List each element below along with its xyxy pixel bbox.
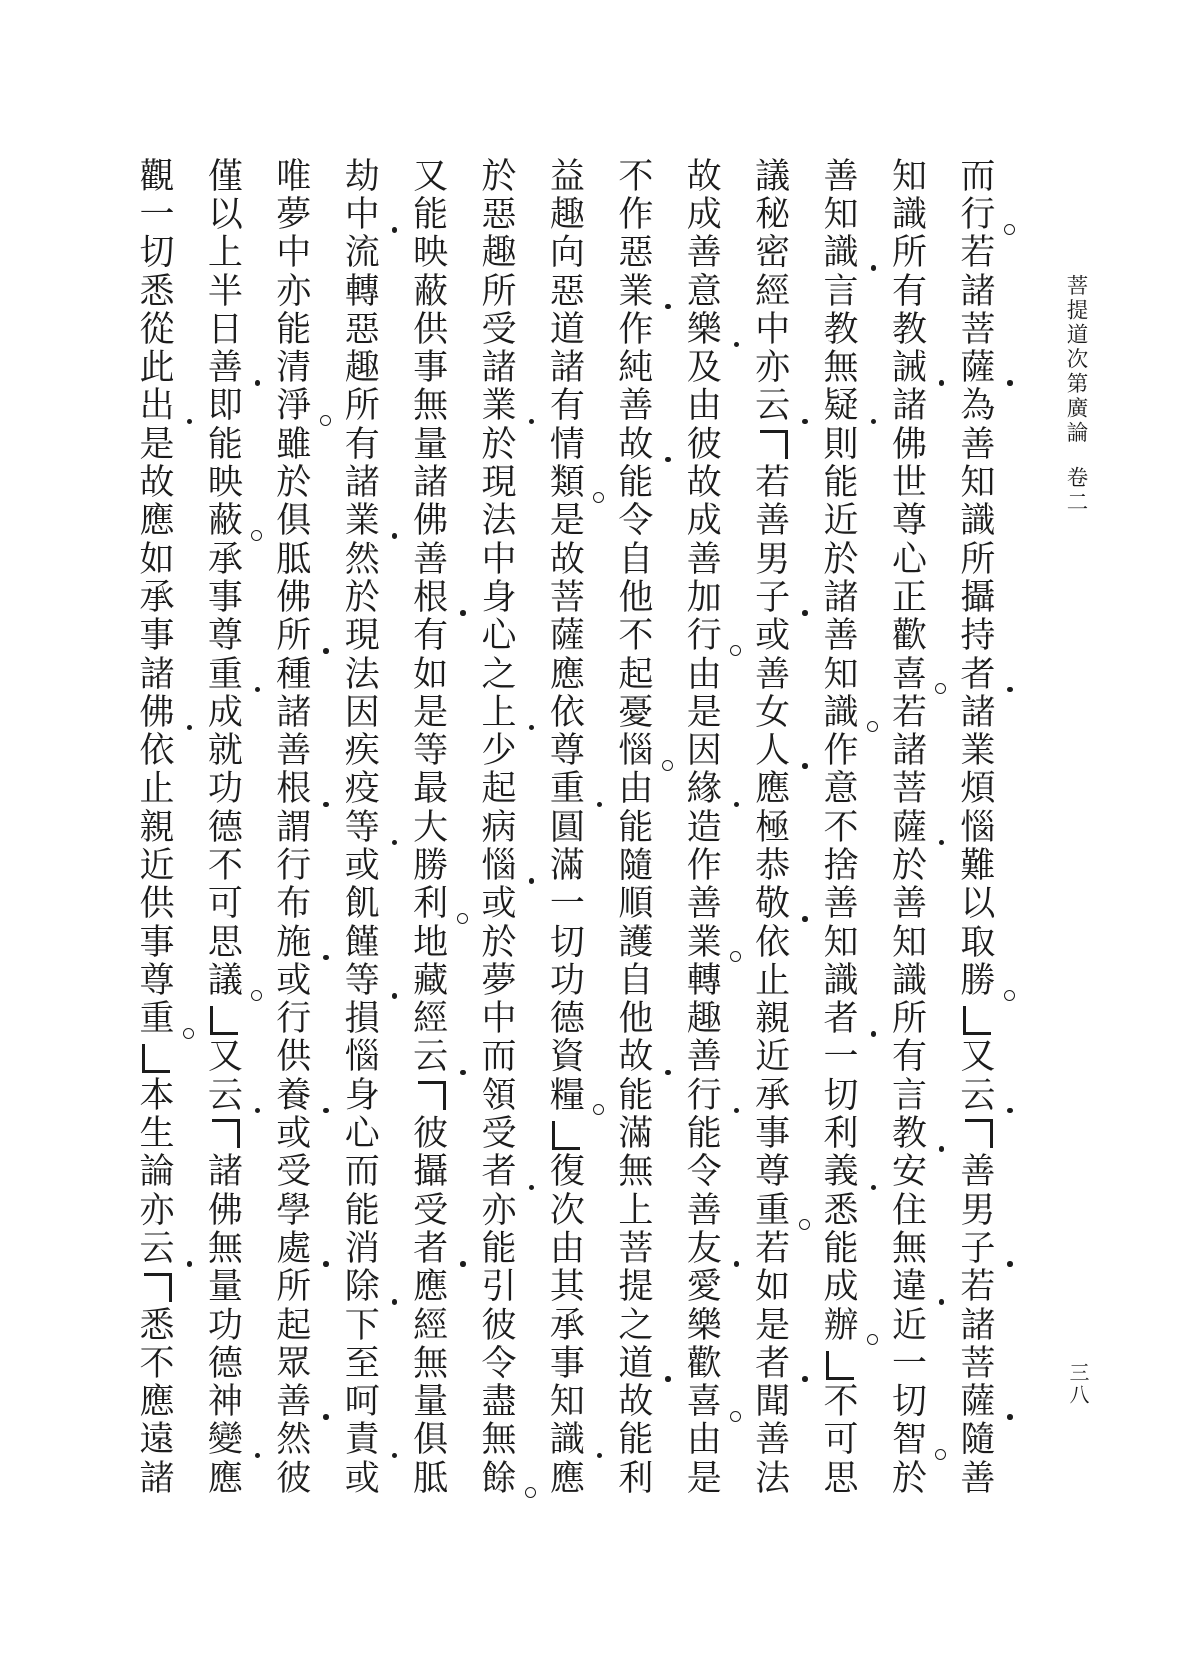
char-cell: 餘: [477, 1460, 521, 1498]
char-cell: 於: [272, 464, 316, 502]
char-cell: 教: [819, 311, 863, 349]
char-cell: 無: [819, 349, 863, 387]
char-cell: 施: [272, 924, 316, 962]
char-cell: 於: [340, 579, 384, 617]
open-quote-bracket: [409, 1077, 453, 1115]
char-cell: 安: [887, 1154, 931, 1192]
char-cell: 男: [751, 541, 795, 579]
char-cell: 故: [614, 1384, 658, 1422]
char-cell: 造: [682, 809, 726, 847]
quote-bracket-stroke: [144, 1273, 172, 1302]
open-quote-bracket: [751, 426, 795, 464]
char-cell: 議: [751, 158, 795, 196]
reading-dot-mark: [802, 610, 808, 616]
reading-dot-mark: [460, 1261, 466, 1267]
text-column: 於惡趣所受諸業於現法中身心之上少起病惱或於夢中而領受者亦能引彼令盡無餘: [477, 158, 521, 1499]
char-cell: 隨: [614, 847, 658, 885]
char-cell: 歡: [682, 1345, 726, 1383]
char-cell: 飢: [340, 886, 384, 924]
char-cell: 捨: [819, 847, 863, 885]
reading-dot-mark: [187, 1261, 193, 1267]
period-circle-mark: [251, 990, 262, 1001]
close-quote-bracket: [545, 1115, 589, 1153]
char-cell: 知: [887, 158, 931, 196]
char-cell: 利: [409, 886, 453, 924]
quote-bracket-stroke: [965, 1119, 993, 1148]
char-cell: 知: [819, 924, 863, 962]
reading-dot-mark: [323, 1414, 329, 1420]
period-circle-mark: [593, 1104, 604, 1115]
text-column: 不作惡業作純善故能令自他不起憂惱由能隨順護自他故能滿無上菩提之道故能利: [614, 158, 658, 1499]
char-cell: 子: [956, 1230, 1000, 1268]
char-cell: 所: [887, 235, 931, 273]
char-cell: 承: [545, 1307, 589, 1345]
reading-dot-mark: [802, 916, 808, 922]
char-cell: 云: [135, 1230, 179, 1268]
char-cell: 等: [340, 809, 384, 847]
char-cell: 由: [614, 771, 658, 809]
char-cell: 佛: [409, 503, 453, 541]
open-quote-bracket: [135, 1269, 179, 1307]
char-cell: 依: [135, 732, 179, 770]
char-cell: 現: [477, 464, 521, 502]
char-cell: 行: [956, 196, 1000, 234]
char-cell: 愛: [682, 1269, 726, 1307]
char-cell: 極: [751, 809, 795, 847]
char-cell: 善: [956, 1460, 1000, 1498]
char-cell: 或: [477, 886, 521, 924]
char-cell: 令: [682, 1154, 726, 1192]
char-cell: 事: [135, 618, 179, 656]
char-cell: 辦: [819, 1307, 863, 1345]
char-cell: 重: [135, 1001, 179, 1039]
char-cell: 所: [272, 1269, 316, 1307]
period-circle-mark: [935, 1449, 946, 1460]
char-cell: 是: [409, 694, 453, 732]
close-quote-bracket: [956, 1001, 1000, 1039]
char-cell: 樂: [682, 311, 726, 349]
char-cell: 是: [682, 1460, 726, 1498]
char-cell: 無: [409, 1345, 453, 1383]
reading-dot-mark: [529, 1185, 535, 1191]
char-cell: 薩: [956, 349, 1000, 387]
char-cell: 若: [887, 694, 931, 732]
char-cell: 可: [819, 1422, 863, 1460]
char-cell: 依: [751, 924, 795, 962]
char-cell: 或: [751, 618, 795, 656]
char-cell: 次: [545, 1192, 589, 1230]
char-cell: 事: [135, 924, 179, 962]
period-circle-mark: [457, 913, 468, 924]
period-circle-mark: [183, 1028, 194, 1039]
reading-dot-mark: [187, 725, 193, 731]
char-cell: 或: [340, 847, 384, 885]
char-cell: 所: [887, 1001, 931, 1039]
char-cell: 趣: [682, 1001, 726, 1039]
char-cell: 尊: [135, 962, 179, 1000]
char-cell: 能: [203, 426, 247, 464]
char-cell: 由: [682, 656, 726, 694]
char-cell: 無: [614, 1154, 658, 1192]
char-cell: 引: [477, 1269, 521, 1307]
char-cell: 切: [545, 924, 589, 962]
char-cell: 成: [203, 694, 247, 732]
page-number: 三八: [1063, 1362, 1093, 1406]
char-cell: 出: [135, 388, 179, 426]
char-cell: 彼: [272, 1460, 316, 1498]
char-cell: 止: [135, 771, 179, 809]
reading-dot-mark: [734, 802, 740, 808]
char-cell: 之: [477, 656, 521, 694]
char-cell: 一: [887, 1345, 931, 1383]
char-cell: 行: [272, 847, 316, 885]
char-cell: 重: [751, 1192, 795, 1230]
char-cell: 尊: [203, 618, 247, 656]
reading-dot-mark: [734, 342, 740, 348]
char-cell: 法: [477, 503, 521, 541]
char-cell: 能: [272, 311, 316, 349]
char-cell: 善: [819, 158, 863, 196]
char-cell: 樂: [682, 1307, 726, 1345]
char-cell: 諸: [887, 388, 931, 426]
char-cell: 善: [751, 1422, 795, 1460]
char-cell: 故: [135, 464, 179, 502]
period-circle-mark: [320, 415, 331, 426]
char-cell: 無: [887, 1230, 931, 1268]
char-cell: 者: [477, 1154, 521, 1192]
char-cell: 云: [203, 1077, 247, 1115]
reading-dot-mark: [1007, 1261, 1013, 1267]
reading-dot-mark: [734, 1108, 740, 1114]
char-cell: 於: [887, 1460, 931, 1498]
char-cell: 大: [409, 809, 453, 847]
char-cell: 行: [682, 618, 726, 656]
char-cell: 切: [819, 1077, 863, 1115]
char-cell: 護: [614, 924, 658, 962]
char-cell: 亦: [751, 349, 795, 387]
char-cell: 而: [477, 1039, 521, 1077]
char-cell: 盡: [477, 1384, 521, 1422]
char-cell: 等: [340, 962, 384, 1000]
char-cell: 蔽: [203, 503, 247, 541]
char-cell: 亦: [477, 1192, 521, 1230]
char-cell: 者: [956, 656, 1000, 694]
char-cell: 諸: [203, 1154, 247, 1192]
char-cell: 或: [272, 1115, 316, 1153]
char-cell: 唯: [272, 158, 316, 196]
char-cell: 中: [477, 1001, 521, 1039]
char-cell: 他: [614, 579, 658, 617]
char-cell: 令: [614, 503, 658, 541]
char-cell: 惡: [545, 273, 589, 311]
char-cell: 受: [272, 1154, 316, 1192]
char-cell: 因: [340, 694, 384, 732]
char-cell: 近: [819, 503, 863, 541]
char-cell: 因: [682, 732, 726, 770]
char-cell: 思: [819, 1460, 863, 1498]
char-cell: 能: [614, 1422, 658, 1460]
char-cell: 識: [887, 196, 931, 234]
reading-dot-mark: [665, 457, 671, 463]
period-circle-mark: [1004, 990, 1015, 1001]
reading-dot-mark: [392, 840, 398, 846]
text-column: 善知識言教無疑則能近於諸善知識作意不捨善知識者一切利義悉能成辦不可思: [819, 158, 863, 1499]
char-cell: 受: [409, 1192, 453, 1230]
char-cell: 神: [203, 1384, 247, 1422]
char-cell: 領: [477, 1077, 521, 1115]
char-cell: 中: [751, 311, 795, 349]
char-cell: 中: [477, 541, 521, 579]
char-cell: 加: [682, 579, 726, 617]
text-column: 僅以上半日善即能映蔽承事尊重成就功德不可思議又云諸佛無量功德神變應: [203, 158, 247, 1499]
char-cell: 功: [203, 771, 247, 809]
char-cell: 所: [340, 388, 384, 426]
char-cell: 男: [956, 1192, 1000, 1230]
char-cell: 智: [887, 1422, 931, 1460]
char-cell: 密: [751, 235, 795, 273]
open-quote-bracket: [956, 1115, 1000, 1153]
char-cell: 近: [887, 1307, 931, 1345]
char-cell: 經: [409, 1001, 453, 1039]
char-cell: 量: [409, 1384, 453, 1422]
reading-dot-mark: [871, 265, 877, 271]
char-cell: 有: [545, 388, 589, 426]
char-cell: 成: [819, 1269, 863, 1307]
char-cell: 聞: [751, 1384, 795, 1422]
text-column: 益趣向惡道諸有情類是故菩薩應依尊重圓滿一切功德資糧復次由其承事知識應: [545, 158, 589, 1499]
char-cell: 受: [477, 311, 521, 349]
char-cell: 由: [682, 1422, 726, 1460]
reading-dot-mark: [939, 1299, 945, 1305]
book-page: 菩提道次第廣論 卷二 三八 而行若諸菩薩為善知識所攝持者諸業煩惱難以取勝又云善男…: [0, 0, 1181, 1653]
char-cell: 應: [409, 1269, 453, 1307]
char-cell: 佛: [887, 426, 931, 464]
char-cell: 識: [819, 962, 863, 1000]
quote-bracket-stroke: [826, 1351, 854, 1380]
char-cell: 純: [614, 349, 658, 387]
reading-dot-mark: [460, 610, 466, 616]
reading-dot-mark: [529, 725, 535, 731]
period-circle-mark: [251, 530, 262, 541]
char-cell: 於: [477, 158, 521, 196]
char-cell: 而: [956, 158, 1000, 196]
reading-dot-mark: [323, 955, 329, 961]
char-cell: 者: [819, 1001, 863, 1039]
char-cell: 下: [340, 1307, 384, 1345]
char-cell: 又: [956, 1039, 1000, 1077]
reading-dot-mark: [392, 1453, 398, 1459]
char-cell: 應: [203, 1460, 247, 1498]
char-cell: 糧: [545, 1077, 589, 1115]
reading-dot-mark: [939, 1146, 945, 1152]
char-cell: 善: [614, 388, 658, 426]
char-cell: 種: [272, 656, 316, 694]
char-cell: 病: [477, 809, 521, 847]
char-cell: 供: [272, 1039, 316, 1077]
char-cell: 類: [545, 464, 589, 502]
char-cell: 難: [956, 847, 1000, 885]
char-cell: 利: [819, 1115, 863, 1153]
char-cell: 諸: [477, 349, 521, 387]
char-cell: 所: [956, 541, 1000, 579]
char-cell: 意: [819, 771, 863, 809]
char-cell: 作: [614, 196, 658, 234]
period-circle-mark: [730, 951, 741, 962]
char-cell: 違: [887, 1269, 931, 1307]
char-cell: 順: [614, 886, 658, 924]
period-circle-mark: [525, 1487, 536, 1498]
char-cell: 疑: [819, 388, 863, 426]
quote-bracket-stroke: [142, 1044, 170, 1073]
char-cell: 女: [751, 694, 795, 732]
char-cell: 中: [340, 196, 384, 234]
char-cell: 資: [545, 1039, 589, 1077]
char-cell: 功: [545, 962, 589, 1000]
char-cell: 應: [135, 1384, 179, 1422]
char-cell: 日: [203, 311, 247, 349]
char-cell: 疫: [340, 771, 384, 809]
char-cell: 論: [135, 1154, 179, 1192]
reading-dot-mark: [597, 802, 603, 808]
quote-bracket-stroke: [552, 1121, 580, 1150]
char-cell: 故: [682, 158, 726, 196]
char-cell: 應: [545, 656, 589, 694]
char-cell: 惱: [477, 847, 521, 885]
char-cell: 中: [272, 235, 316, 273]
close-quote-bracket: [819, 1345, 863, 1383]
char-cell: 敬: [751, 886, 795, 924]
char-cell: 尊: [887, 503, 931, 541]
char-cell: 善: [409, 541, 453, 579]
char-cell: 不: [135, 1345, 179, 1383]
char-cell: 薩: [887, 809, 931, 847]
char-cell: 滿: [545, 847, 589, 885]
quote-bracket-stroke: [418, 1081, 446, 1110]
char-cell: 責: [340, 1422, 384, 1460]
close-quote-bracket: [135, 1039, 179, 1077]
char-cell: 能: [614, 464, 658, 502]
char-cell: 道: [614, 1345, 658, 1383]
reading-dot-mark: [255, 1108, 261, 1114]
char-cell: 雖: [272, 426, 316, 464]
char-cell: 善: [819, 618, 863, 656]
char-cell: 近: [135, 847, 179, 885]
char-cell: 惡: [340, 311, 384, 349]
reading-dot-mark: [529, 878, 535, 884]
char-cell: 僅: [203, 158, 247, 196]
char-cell: 眾: [272, 1345, 316, 1383]
char-cell: 喜: [682, 1384, 726, 1422]
text-column: 議秘密經中亦云若善男子或善女人應極恭敬依止親近承事尊重若如是者聞善法: [751, 158, 795, 1499]
char-cell: 不: [819, 1384, 863, 1422]
char-cell: 承: [751, 1077, 795, 1115]
char-cell: 悉: [135, 273, 179, 311]
char-cell: 是: [682, 694, 726, 732]
char-cell: 有: [887, 273, 931, 311]
close-quote-bracket: [203, 1001, 247, 1039]
char-cell: 諸: [956, 273, 1000, 311]
char-cell: 事: [203, 579, 247, 617]
char-cell: 能: [614, 809, 658, 847]
char-cell: 無: [203, 1230, 247, 1268]
char-cell: 隨: [956, 1422, 1000, 1460]
reading-dot-mark: [255, 380, 261, 386]
char-cell: 云: [751, 388, 795, 426]
char-cell: 即: [203, 388, 247, 426]
char-cell: 上: [477, 694, 521, 732]
char-cell: 不: [819, 809, 863, 847]
char-cell: 云: [956, 1077, 1000, 1115]
char-cell: 而: [340, 1154, 384, 1192]
char-cell: 諸: [887, 732, 931, 770]
book-title: 菩提道次第廣論: [1057, 274, 1093, 446]
open-quote-bracket: [203, 1115, 247, 1153]
char-cell: 布: [272, 886, 316, 924]
char-cell: 尊: [545, 732, 589, 770]
char-cell: 切: [135, 235, 179, 273]
char-cell: 消: [340, 1230, 384, 1268]
char-cell: 提: [614, 1269, 658, 1307]
char-cell: 養: [272, 1077, 316, 1115]
char-cell: 諸: [956, 1307, 1000, 1345]
char-cell: 喜: [887, 656, 931, 694]
char-cell: 業: [614, 273, 658, 311]
char-cell: 或: [340, 1460, 384, 1498]
char-cell: 作: [682, 847, 726, 885]
char-cell: 言: [819, 273, 863, 311]
char-cell: 取: [956, 924, 1000, 962]
char-cell: 變: [203, 1422, 247, 1460]
char-cell: 知: [819, 196, 863, 234]
char-cell: 勝: [956, 962, 1000, 1000]
char-cell: 作: [819, 732, 863, 770]
char-cell: 不: [203, 847, 247, 885]
char-cell: 可: [203, 886, 247, 924]
char-cell: 惱: [614, 732, 658, 770]
char-cell: 重: [545, 771, 589, 809]
char-cell: 如: [409, 656, 453, 694]
char-cell: 善: [272, 1384, 316, 1422]
reading-dot-mark: [187, 419, 193, 425]
char-cell: 惡: [614, 235, 658, 273]
char-cell: 現: [340, 618, 384, 656]
char-cell: 至: [340, 1345, 384, 1383]
char-cell: 益: [545, 158, 589, 196]
char-cell: 悉: [135, 1307, 179, 1345]
char-cell: 利: [614, 1460, 658, 1498]
char-cell: 經: [409, 1307, 453, 1345]
char-cell: 憂: [614, 694, 658, 732]
char-cell: 於: [477, 426, 521, 464]
char-cell: 俱: [272, 503, 316, 541]
text-block: 而行若諸菩薩為善知識所攝持者諸業煩惱難以取勝又云善男子若諸菩薩隨善知識所有教誡諸…: [135, 158, 1000, 1499]
reading-dot-mark: [939, 380, 945, 386]
char-cell: 知: [819, 656, 863, 694]
char-cell: 向: [545, 235, 589, 273]
char-cell: 一: [819, 1039, 863, 1077]
reading-dot-mark: [392, 1299, 398, 1305]
char-cell: 此: [135, 349, 179, 387]
char-cell: 能: [819, 1230, 863, 1268]
reading-dot-mark: [255, 687, 261, 693]
char-cell: 上: [614, 1192, 658, 1230]
char-cell: 故: [545, 541, 589, 579]
text-column: 而行若諸菩薩為善知識所攝持者諸業煩惱難以取勝又云善男子若諸菩薩隨善: [956, 158, 1000, 1499]
char-cell: 自: [614, 541, 658, 579]
reading-dot-mark: [1007, 687, 1013, 693]
reading-dot-mark: [802, 1376, 808, 1382]
char-cell: 滿: [614, 1115, 658, 1153]
